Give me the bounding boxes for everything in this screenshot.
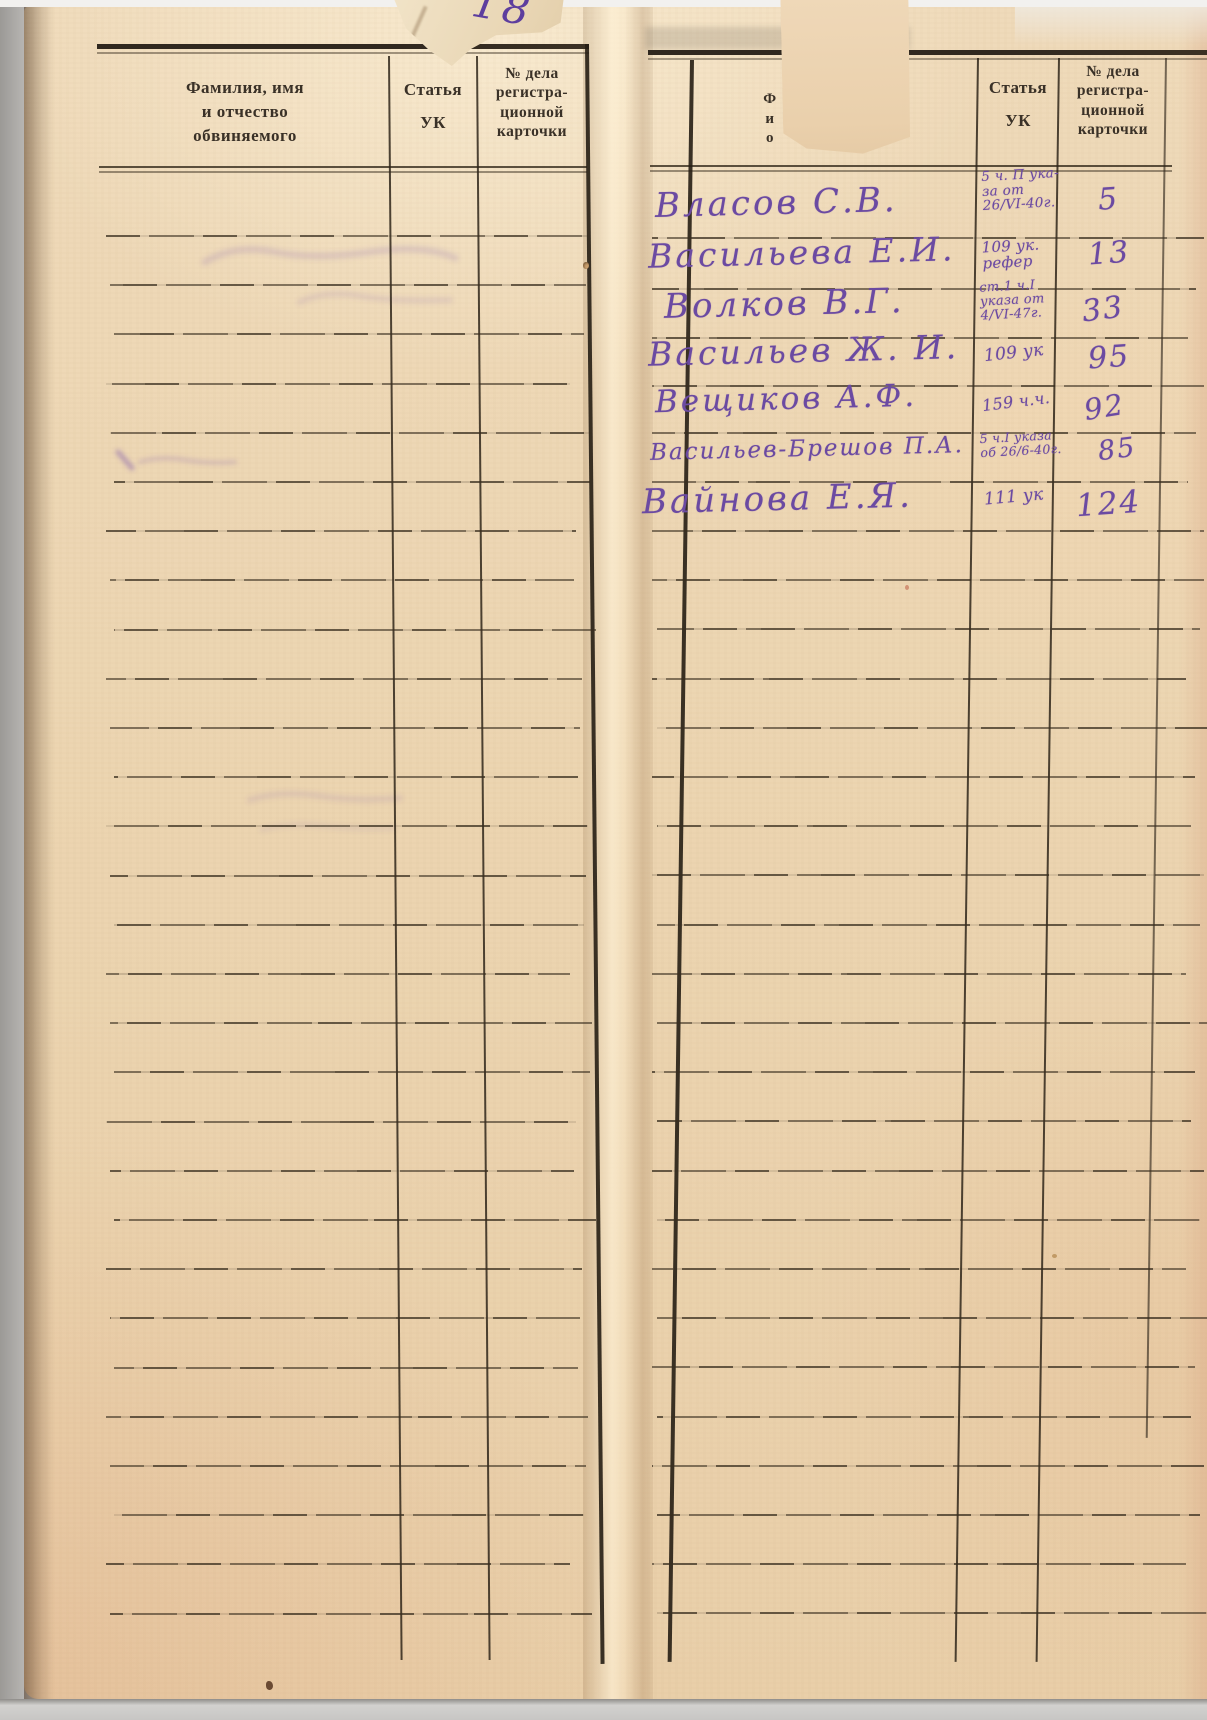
ruled-line (652, 1170, 1204, 1172)
entry-article: 109 ук. рефер (981, 237, 1041, 272)
ruled-line (114, 333, 584, 335)
page-right-edge-shade (1180, 6, 1207, 1699)
ruled-line (652, 776, 1195, 778)
paper-speck (905, 585, 909, 590)
ruled-line (110, 1317, 580, 1319)
ruled-line (652, 1071, 1195, 1073)
ruled-line (657, 825, 1191, 827)
ruled-line (652, 1465, 1204, 1467)
left-header-case-line4: карточки (480, 122, 584, 141)
ruled-line (106, 383, 570, 385)
ruled-line (657, 1317, 1207, 1319)
ruled-line (652, 678, 1186, 680)
ruled-line (657, 1514, 1200, 1516)
right-header-article-line2: УК (980, 111, 1056, 131)
entry-name: Волков В.Г. (664, 281, 905, 327)
entry-case-number: 95 (1087, 339, 1132, 377)
ruled-line (652, 874, 1204, 876)
ruled-line (114, 629, 596, 631)
ruled-line (114, 1071, 590, 1073)
entry-case-number: 33 (1080, 290, 1126, 330)
ruled-line (110, 579, 574, 581)
ruled-line (114, 1514, 584, 1516)
paper-speck (266, 1681, 273, 1690)
ruled-line (652, 1563, 1186, 1565)
ruled-line (657, 1612, 1207, 1614)
right-header-bottom-rule (650, 165, 1172, 167)
left-header-case-line1: № дела (480, 64, 584, 83)
entry-name: Васильева Е.И. (648, 229, 956, 275)
ruled-line (106, 235, 588, 237)
left-header-top-rule (97, 44, 589, 49)
paper-patch-over-right-header (780, 0, 911, 155)
right-header-case-column: № дела регистра- ционной карточки (1062, 62, 1164, 140)
ruled-line (657, 1120, 1191, 1122)
left-header-article-line1: Статья (392, 80, 474, 100)
scrap-ink-mark: 18 (468, 0, 537, 36)
ruled-line (652, 1366, 1195, 1368)
ruled-line (652, 579, 1204, 581)
entry-name: Вайнова Е.Я. (642, 476, 914, 523)
ruled-line (110, 1613, 592, 1615)
left-header-name-line3: обвиняемого (120, 124, 370, 148)
entry-name: Васильев Ж. И. (648, 327, 960, 374)
right-header-name-fragments: Ф и о (758, 90, 782, 149)
ruled-line (106, 825, 588, 827)
left-header-case-line2: регистра- (480, 83, 584, 102)
ruled-line (657, 727, 1207, 729)
ruled-line (114, 1219, 596, 1221)
right-header-case-line4: карточки (1062, 120, 1164, 139)
ruled-line (114, 776, 578, 778)
ruled-line (657, 1219, 1200, 1221)
entry-case-number: 124 (1075, 484, 1143, 524)
right-header-top-rule-2 (648, 58, 1207, 60)
entry-case-number: 85 (1096, 432, 1138, 467)
ruled-line (652, 1268, 1186, 1270)
entry-case-number: 5 (1097, 181, 1120, 217)
entry-case-number: 13 (1087, 235, 1132, 273)
ruled-line (110, 1170, 574, 1172)
ruled-line (106, 1121, 576, 1123)
right-header-case-line3: ционной (1062, 101, 1164, 120)
ruled-line (657, 924, 1200, 926)
scanner-left-edge (0, 0, 24, 1720)
ruled-line (114, 481, 590, 483)
left-header-article-column: Статья УК (392, 80, 474, 134)
left-header-top-rule-2 (97, 52, 589, 54)
entry-article: 5 ч. П ука- за от 26/VI-40г. (981, 166, 1061, 214)
paper-hole (583, 262, 589, 269)
left-header-case-line3: ционной (480, 103, 584, 122)
right-header-top-rule (648, 50, 1207, 55)
right-header-article-line1: Статья (980, 78, 1056, 98)
entry-article: 5 ч.I указа об 26/6-40г. (979, 428, 1062, 459)
ruled-line (114, 1367, 578, 1369)
entry-name: Власов С.В. (655, 180, 899, 226)
entry-article-line: рефер (982, 253, 1041, 272)
entry-case-number: 92 (1082, 387, 1128, 427)
ruled-line (114, 924, 584, 926)
ruled-line (652, 530, 1204, 532)
ruled-line (657, 628, 1200, 630)
ruled-line (106, 973, 570, 975)
right-header-case-line1: № дела (1062, 62, 1164, 81)
ruled-line (657, 1022, 1207, 1024)
right-header-frag-line2: и (758, 110, 782, 130)
ruled-line (110, 875, 586, 877)
ruled-line (110, 1465, 586, 1467)
left-header-name-line1: Фамилия, имя (120, 76, 370, 100)
ruled-line (657, 1416, 1191, 1418)
left-header-article-line2: УК (392, 113, 474, 133)
ruled-line (110, 1022, 592, 1024)
scanner-top-edge (0, 0, 1207, 7)
ruled-line (106, 530, 576, 532)
ruled-line (110, 432, 592, 434)
left-header-name-column: Фамилия, имя и отчество обвиняемого (120, 76, 370, 147)
ruled-line (106, 1563, 570, 1565)
entry-article: ст.1 ч.I указа от 4/VI-47г. (979, 278, 1046, 323)
right-header-frag-line1: Ф (758, 90, 782, 110)
scanner-bottom-edge (0, 1699, 1207, 1720)
right-header-bottom-rule-2 (650, 170, 1172, 172)
scanned-register-spread: Фамилия, имя и отчество обвиняемого Стат… (0, 0, 1207, 1720)
entry-name: Вещиков А.Ф. (655, 378, 918, 420)
ruled-line (110, 727, 580, 729)
ruled-line (652, 973, 1186, 975)
left-header-bottom-rule (99, 166, 587, 168)
left-header-name-line2: и отчество (120, 100, 370, 124)
right-header-article-column: Статья УК (980, 78, 1056, 132)
right-header-case-line2: регистра- (1062, 81, 1164, 100)
ruled-line (106, 1416, 588, 1418)
left-header-case-column: № дела регистра- ционной карточки (480, 64, 584, 142)
right-header-frag-line3: о (758, 129, 782, 149)
left-header-bottom-rule-2 (99, 171, 587, 173)
ruled-line (106, 678, 582, 680)
ruled-line (106, 1268, 582, 1270)
ruled-line (110, 284, 586, 286)
paper-speck (1052, 1254, 1057, 1258)
